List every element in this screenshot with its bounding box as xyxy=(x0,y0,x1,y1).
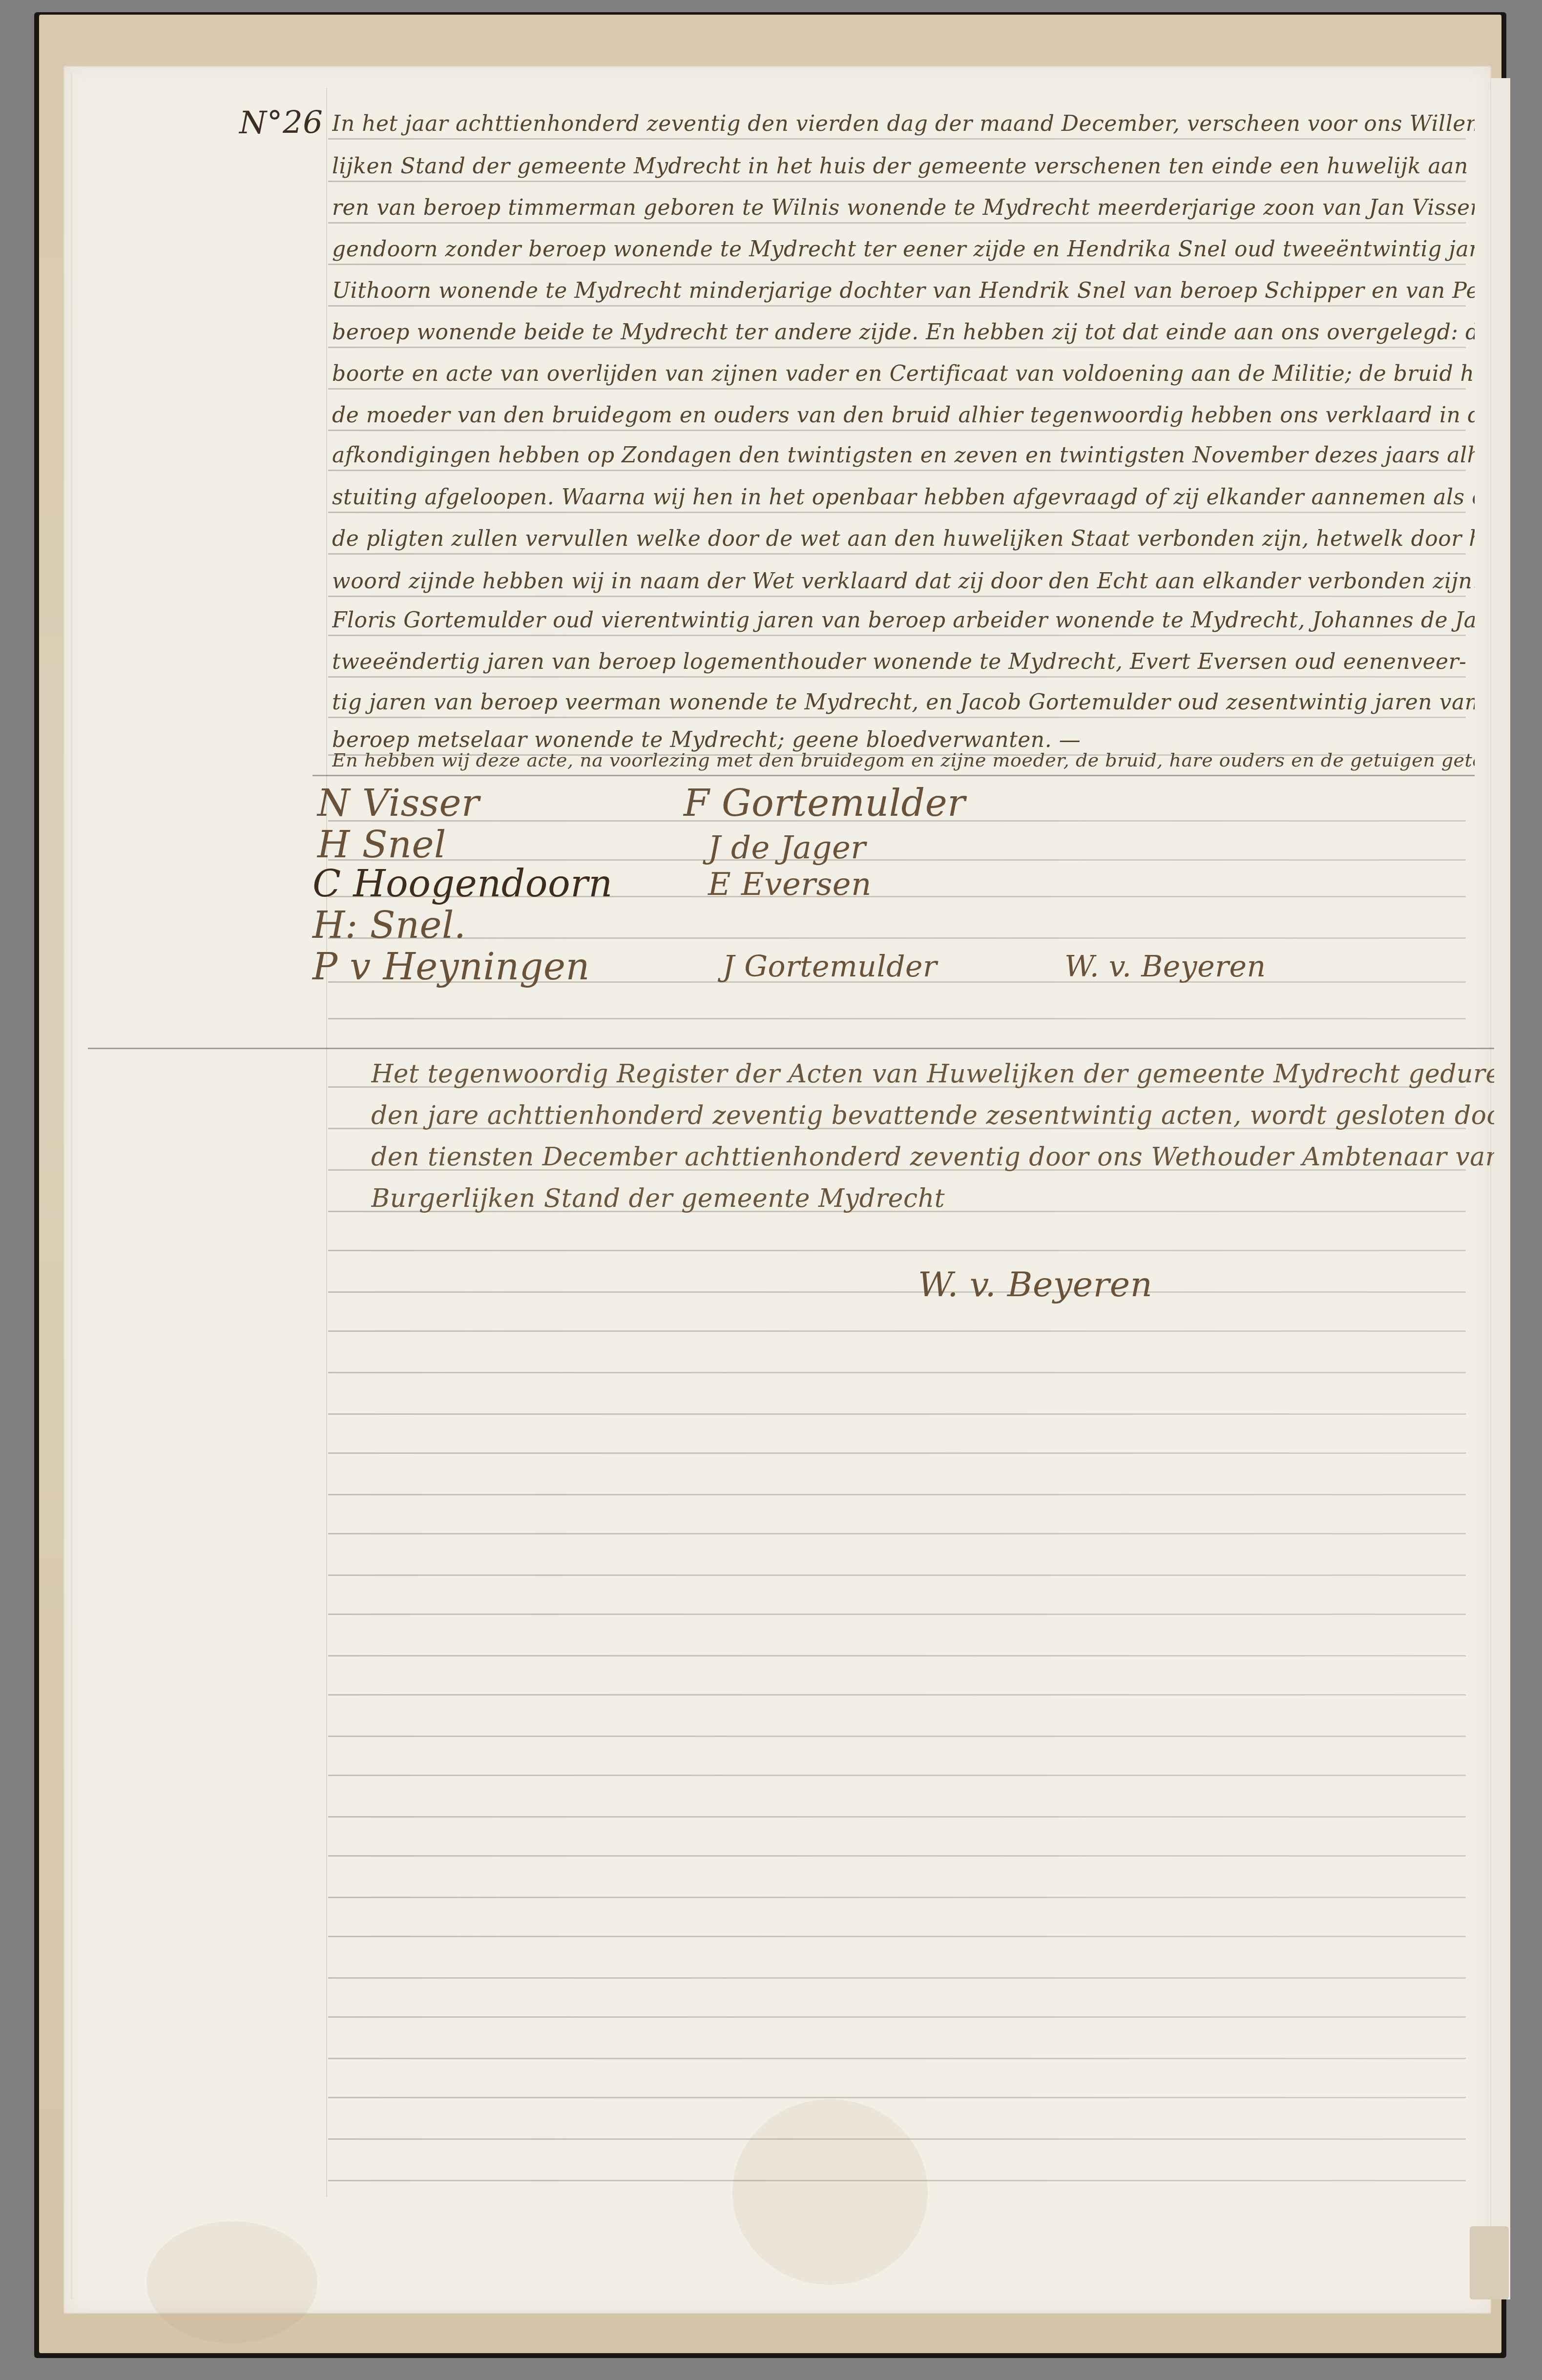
ruled-line xyxy=(328,635,1466,636)
ruled-line xyxy=(328,470,1466,471)
paper-stain xyxy=(732,2099,928,2285)
ruled-line xyxy=(328,1494,1466,1495)
signature-divider xyxy=(313,775,1475,776)
entry-line: tweeëndertig jaren van beroep logementho… xyxy=(332,649,1475,674)
signature-witness-2: J de Jager xyxy=(708,830,866,866)
signature-witness-3: E Eversen xyxy=(708,867,872,903)
ruled-line xyxy=(328,1897,1466,1898)
ruled-line xyxy=(328,717,1466,718)
ruled-line xyxy=(328,1694,1466,1696)
ruled-line xyxy=(328,264,1466,265)
ruled-line xyxy=(328,1018,1466,1019)
signature-official: W. v. Beyeren xyxy=(1064,950,1266,984)
entry-line: beroep wonende beide te Mydrecht ter and… xyxy=(332,320,1475,345)
ruled-line xyxy=(328,1330,1466,1332)
ruled-line xyxy=(328,1614,1466,1615)
ruled-line xyxy=(328,1574,1466,1576)
ruled-line xyxy=(328,553,1466,555)
ruled-line xyxy=(328,181,1466,182)
signature-witness-4: J Gortemulder xyxy=(723,950,937,984)
section-divider xyxy=(88,1048,1494,1049)
ruled-line xyxy=(328,1533,1466,1534)
ruled-line xyxy=(328,1413,1466,1415)
ruled-line xyxy=(328,596,1466,597)
signature-groom: N Visser xyxy=(317,781,479,825)
closing-line: den jare achttienhonderd zeventig bevatt… xyxy=(371,1101,1494,1130)
ruled-line xyxy=(328,347,1466,348)
entry-number: N°26 xyxy=(239,105,323,141)
torn-corner xyxy=(1470,2226,1509,2299)
ruled-line xyxy=(328,2016,1466,2018)
ruled-line xyxy=(328,2058,1466,2059)
entry-line: beroep metselaar wonende te Mydrecht; ge… xyxy=(332,727,1475,752)
ruled-line xyxy=(328,1250,1466,1251)
entry-line: gendoorn zonder beroep wonende te Mydrec… xyxy=(332,237,1475,262)
ruled-line xyxy=(328,512,1466,513)
paper-stain xyxy=(146,2221,317,2343)
entry-line: stuiting afgeloopen. Waarna wij hen in h… xyxy=(332,485,1475,510)
signature-groom-mother: C Hoogendoorn xyxy=(313,862,613,905)
ruled-line xyxy=(328,138,1466,140)
ruled-line xyxy=(328,388,1466,390)
ruled-line xyxy=(328,1936,1466,1937)
closing-line: Burgerlijken Stand der gemeente Mydrecht xyxy=(371,1184,1494,1213)
ruled-line xyxy=(328,1775,1466,1776)
closing-line: den tiensten December achttienhonderd ze… xyxy=(371,1142,1494,1172)
entry-line: afkondigingen hebben op Zondagen den twi… xyxy=(332,443,1475,468)
ruled-line xyxy=(328,2138,1466,2140)
signature-witness-1: F Gortemulder xyxy=(684,781,965,825)
ruled-line xyxy=(328,1291,1466,1293)
ruled-line xyxy=(328,305,1466,307)
signature-bride: H Snel xyxy=(317,823,446,866)
entry-line: boorte en acte van overlijden van zijnen… xyxy=(332,361,1475,386)
ruled-line xyxy=(328,1452,1466,1454)
entry-line: En hebben wij deze acte, na voorlezing m… xyxy=(332,749,1475,771)
ruled-line xyxy=(328,1655,1466,1656)
entry-line: de pligten zullen vervullen welke door d… xyxy=(332,526,1475,551)
ruled-line xyxy=(328,2180,1466,2181)
ruled-line xyxy=(328,1855,1466,1857)
ruled-line xyxy=(328,1372,1466,1373)
ruled-line xyxy=(328,1977,1466,1979)
entry-line: lijken Stand der gemeente Mydrecht in he… xyxy=(332,154,1475,179)
signature-bride-father: H: Snel. xyxy=(313,903,466,947)
ruled-line xyxy=(328,859,1466,861)
ruled-line xyxy=(328,2097,1466,2098)
ruled-line xyxy=(328,222,1466,224)
ruled-line xyxy=(328,430,1466,431)
entry-line: In het jaar achttienhonderd zeventig den… xyxy=(332,111,1475,136)
ruled-line xyxy=(328,937,1466,939)
entry-line: woord zijnde hebben wij in naam der Wet … xyxy=(332,569,1475,594)
entry-line: de moeder van den bruidegom en ouders va… xyxy=(332,403,1475,428)
ruled-line xyxy=(328,1736,1466,1737)
entry-line: ren van beroep timmerman geboren te Wiln… xyxy=(332,195,1475,220)
ruled-line xyxy=(328,1816,1466,1818)
ruled-line xyxy=(328,676,1466,678)
margin-rule xyxy=(326,88,327,2197)
entry-line: tig jaren van beroep veerman wonende te … xyxy=(332,690,1475,715)
signature-bride-mother: P v Heyningen xyxy=(313,945,590,988)
entry-line: Floris Gortemulder oud vierentwintig jar… xyxy=(332,608,1475,633)
entry-line: Uithoorn wonende te Mydrecht minderjarig… xyxy=(332,278,1475,303)
closing-line: Het tegenwoordig Register der Acten van … xyxy=(371,1059,1494,1089)
closing-signature: W. v. Beyeren xyxy=(918,1264,1152,1304)
